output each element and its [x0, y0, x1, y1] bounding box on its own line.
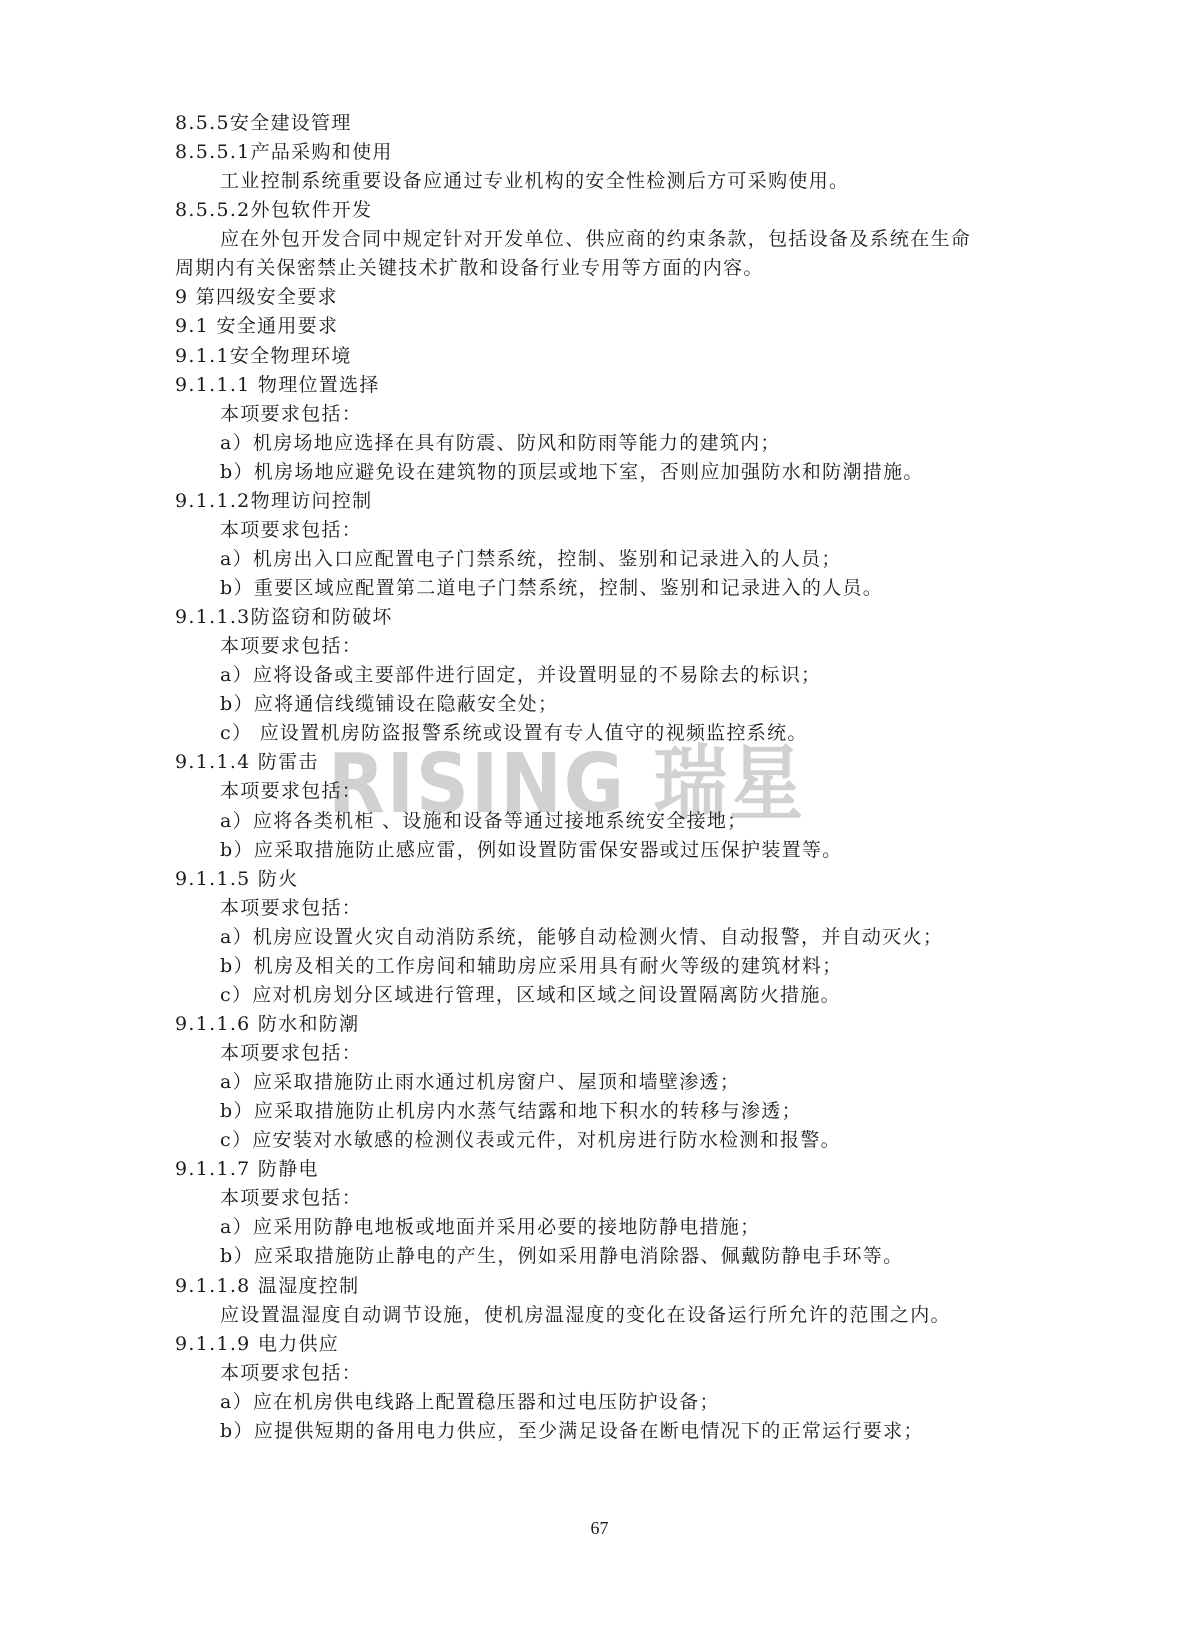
requirements-intro: 本项要求包括：	[175, 1184, 1025, 1213]
paragraph: 应在外包开发合同中规定针对开发单位、供应商的约束条款，包括设备及系统在生命	[175, 225, 1025, 254]
document-page: RISING 瑞星 8.5.5安全建设管理 8.5.5.1产品采购和使用 工业控…	[0, 0, 1199, 1627]
list-item: a）应将设备或主要部件进行固定，并设置明显的不易除去的标识；	[175, 661, 1025, 690]
list-item: b）应将通信线缆铺设在隐蔽安全处；	[175, 690, 1025, 719]
requirements-intro: 本项要求包括：	[175, 1359, 1025, 1388]
requirements-intro: 本项要求包括：	[175, 777, 1025, 806]
list-item: a）应将各类机柜 、设施和设备等通过接地系统安全接地；	[175, 807, 1025, 836]
section-heading: 9.1.1安全物理环境	[175, 342, 1025, 371]
requirements-intro: 本项要求包括：	[175, 894, 1025, 923]
requirements-intro: 本项要求包括：	[175, 400, 1025, 429]
list-item: a）机房场地应选择在具有防震、防风和防雨等能力的建筑内；	[175, 429, 1025, 458]
section-heading: 9.1 安全通用要求	[175, 312, 1025, 341]
section-heading: 8.5.5安全建设管理	[175, 109, 1025, 138]
list-item: a）机房出入口应配置电子门禁系统，控制、鉴别和记录进入的人员；	[175, 545, 1025, 574]
list-item: c）应对机房划分区域进行管理，区域和区域之间设置隔离防火措施。	[175, 981, 1025, 1010]
requirements-intro: 本项要求包括：	[175, 516, 1025, 545]
list-item: a）机房应设置火灾自动消防系统，能够自动检测火情、自动报警，并自动灭火；	[175, 923, 1025, 952]
list-item: b）应提供短期的备用电力供应，至少满足设备在断电情况下的正常运行要求；	[175, 1417, 1025, 1446]
list-item: c） 应设置机房防盗报警系统或设置有专人值守的视频监控系统。	[175, 719, 1025, 748]
requirements-intro: 本项要求包括：	[175, 1039, 1025, 1068]
list-item: b）应采取措施防止机房内水蒸气结露和地下积水的转移与渗透；	[175, 1097, 1025, 1126]
requirements-intro: 本项要求包括：	[175, 632, 1025, 661]
section-heading: 9.1.1.1 物理位置选择	[175, 371, 1025, 400]
chapter-heading: 9 第四级安全要求	[175, 283, 1025, 312]
paragraph: 工业控制系统重要设备应通过专业机构的安全性检测后方可采购使用。	[175, 167, 1025, 196]
section-heading: 9.1.1.5 防火	[175, 865, 1025, 894]
list-item: b）应采取措施防止感应雷，例如设置防雷保安器或过压保护装置等。	[175, 836, 1025, 865]
section-heading: 9.1.1.8 温湿度控制	[175, 1272, 1025, 1301]
list-item: b）应采取措施防止静电的产生，例如采用静电消除器、佩戴防静电手环等。	[175, 1242, 1025, 1271]
page-number: 67	[0, 1518, 1199, 1539]
list-item: b）重要区域应配置第二道电子门禁系统，控制、鉴别和记录进入的人员。	[175, 574, 1025, 603]
section-heading: 9.1.1.6 防水和防潮	[175, 1010, 1025, 1039]
section-heading: 9.1.1.2物理访问控制	[175, 487, 1025, 516]
list-item: b）机房及相关的工作房间和辅助房应采用具有耐火等级的建筑材料；	[175, 952, 1025, 981]
section-heading: 8.5.5.2外包软件开发	[175, 196, 1025, 225]
document-body: 8.5.5安全建设管理 8.5.5.1产品采购和使用 工业控制系统重要设备应通过…	[175, 109, 1025, 1446]
section-heading: 9.1.1.9 电力供应	[175, 1330, 1025, 1359]
list-item: c）应安装对水敏感的检测仪表或元件，对机房进行防水检测和报警。	[175, 1126, 1025, 1155]
section-heading: 9.1.1.3防盗窃和防破坏	[175, 603, 1025, 632]
paragraph-continuation: 周期内有关保密禁止关键技术扩散和设备行业专用等方面的内容。	[175, 254, 1025, 283]
section-heading: 9.1.1.7 防静电	[175, 1155, 1025, 1184]
section-heading: 8.5.5.1产品采购和使用	[175, 138, 1025, 167]
list-item: a）应采取措施防止雨水通过机房窗户、屋顶和墙壁渗透；	[175, 1068, 1025, 1097]
list-item: a）应采用防静电地板或地面并采用必要的接地防静电措施；	[175, 1213, 1025, 1242]
paragraph: 应设置温湿度自动调节设施，使机房温湿度的变化在设备运行所允许的范围之内。	[175, 1301, 1025, 1330]
list-item: b）机房场地应避免设在建筑物的顶层或地下室，否则应加强防水和防潮措施。	[175, 458, 1025, 487]
section-heading: 9.1.1.4 防雷击	[175, 748, 1025, 777]
list-item: a）应在机房供电线路上配置稳压器和过电压防护设备；	[175, 1388, 1025, 1417]
